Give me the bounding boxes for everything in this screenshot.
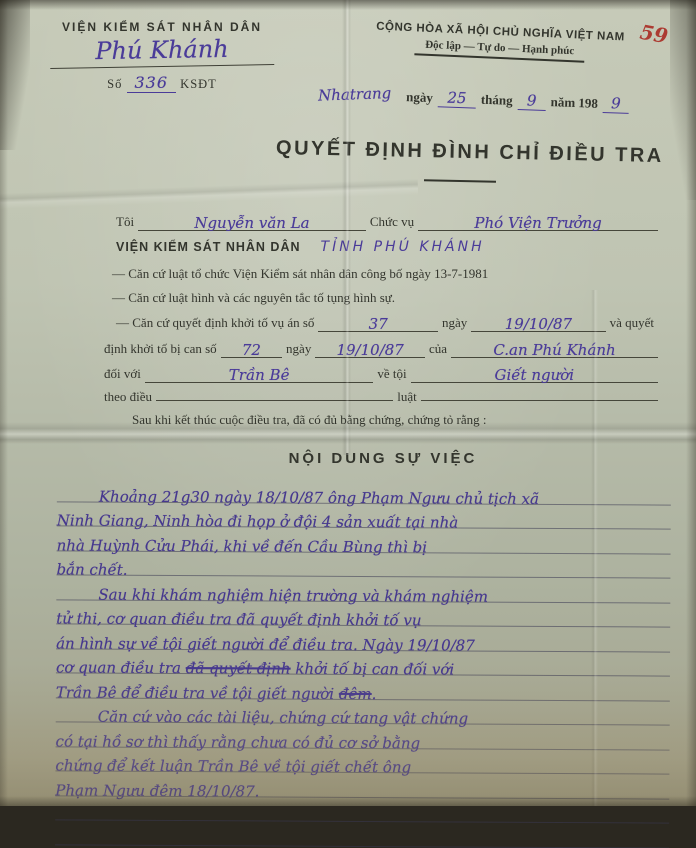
vuan-so-field: 37 (318, 313, 438, 332)
vetoi-value: Giết người (495, 366, 575, 384)
handwritten-line: tử thi, cơ quan điều tra đã quyết định k… (56, 600, 670, 628)
toi-field: Nguyễn văn La (138, 212, 366, 231)
doivoi-field: Trần Bê (145, 364, 374, 383)
photo-edge-top-left (0, 0, 30, 150)
red-page-number: 59 (638, 20, 670, 48)
handwritten-line: chứng để kết luận Trần Bê về tội giết ch… (55, 747, 669, 775)
ngay2-field: 19/10/87 (315, 339, 425, 358)
row-theodieu: theo điều luật (100, 389, 658, 405)
theodieu-field (156, 400, 393, 401)
ngay-label: ngày (401, 89, 438, 106)
ngay1-field: 19/10/87 (471, 313, 605, 332)
luat-field (421, 400, 658, 401)
photo-edge-right (686, 0, 696, 806)
handwritten-line: Trần Bê để điều tra về tội giết người đê… (56, 673, 670, 701)
title-underline (424, 179, 496, 183)
line4-prefix: định khởi tố bị can số (100, 341, 221, 357)
day-value: 25 (447, 89, 467, 108)
header-left: VIỆN KIỂM SÁT NHÂN DÂN Phú Khánh Số 336 … (50, 20, 274, 92)
handwritten-line: Ninh Giang, Ninh hòa đi họp ở đội 4 sản … (57, 502, 671, 530)
toi-value: Nguyễn văn La (194, 214, 309, 232)
thang-label: tháng (476, 92, 518, 109)
photo-edge-top (0, 0, 696, 10)
row-cancu2: — Căn cứ luật hình và các nguyên tắc tố … (112, 290, 658, 306)
nam-label: năm 198 (545, 94, 603, 112)
chucvu-field: Phó Viện Trưởng (418, 212, 658, 231)
bican-so-field: 72 (221, 339, 282, 358)
handwritten-line: nhà Huỳnh Cửu Phái, khi về đến Cầu Bùng … (57, 526, 671, 554)
cua-field: C.an Phú Khánh (451, 339, 658, 358)
so-label: Số (107, 77, 122, 91)
cancu1-text: — Căn cứ luật tổ chức Viện Kiểm sát nhân… (112, 266, 488, 282)
row-org: VIỆN KIỂM SÁT NHÂN DÂN TỈNH PHÚ KHÁNH (112, 239, 658, 255)
cancu3-suffix: và quyết (606, 315, 658, 331)
document-paper: VIỆN KIỂM SÁT NHÂN DÂN Phú Khánh Số 336 … (0, 0, 696, 806)
bican-so-value: 72 (242, 341, 261, 359)
doivoi-value: Trần Bê (229, 366, 290, 384)
handwritten-line: Khoảng 21g30 ngày 18/10/87 ông Phạm Ngưu… (57, 477, 671, 505)
handwritten-line: Căn cứ vào các tài liệu, chứng cứ tang v… (56, 698, 670, 726)
photo-edge-left (0, 0, 8, 806)
theodieu-label: theo điều (100, 389, 156, 405)
ngay1-value: 19/10/87 (505, 315, 572, 333)
agency-province-handwritten: Phú Khánh (50, 34, 275, 69)
doivoi-label: đối với (100, 366, 145, 382)
toi-label: Tôi (112, 214, 138, 230)
case-number-row: Số 336 KSĐT (50, 73, 274, 92)
row-toi: Tôi Nguyễn văn La Chức vụ Phó Viện Trưởn… (112, 212, 658, 231)
handwritten-line: án hình sự về tội giết người để điều tra… (56, 624, 670, 652)
handwritten-line: Phạm Ngưu đêm 18/10/87. (55, 771, 669, 799)
year-value: 9 (611, 94, 621, 112)
ngay2-value: 19/10/87 (336, 341, 403, 359)
row-bican: định khởi tố bị can số 72 ngày 19/10/87 … (100, 339, 658, 358)
month-value: 9 (527, 91, 537, 109)
cancu2-text: — Căn cứ luật hình và các nguyên tắc tố … (112, 290, 395, 306)
header-right: CỘNG HÒA XÃ HỘI CHỦ NGHĨA VIỆT NAM Độc l… (351, 20, 648, 66)
vetoi-field: Giết người (411, 364, 658, 383)
handwritten-lines: Khoảng 21g30 ngày 18/10/87 ông Phạm Ngưu… (55, 477, 671, 806)
cua-value: C.an Phú Khánh (493, 341, 615, 359)
section-heading: NỘI DUNG SỰ VIỆC (0, 450, 696, 467)
chucvu-value: Phó Viện Trưởng (474, 214, 601, 232)
photo-edge-top-right (670, 0, 696, 200)
agency-name: VIỆN KIỂM SÁT NHÂN DÂN (50, 20, 274, 34)
day-field: 25 (438, 88, 477, 108)
year-field: 9 (603, 94, 630, 114)
closing-text: Sau khi kết thúc cuộc điều tra, đã có đủ… (132, 412, 487, 428)
chucvu-label: Chức vụ (366, 214, 418, 230)
diagonal-crease (0, 179, 418, 210)
handwritten-line: bắn chết. (56, 551, 670, 579)
cua-label: của (425, 341, 451, 357)
dateline: Nhatrang ngày 25 tháng 9 năm 198 9 (318, 84, 658, 115)
row-doivoi: đối với Trần Bê về tội Giết người (100, 364, 658, 383)
ksdt-label: KSĐT (180, 77, 217, 91)
cancu3-prefix: — Căn cứ quyết định khởi tố vụ án số (112, 315, 318, 331)
month-field: 9 (517, 91, 546, 111)
vuan-so-value: 37 (369, 315, 388, 333)
vetoi-label: về tội (373, 366, 410, 382)
case-number-value: 336 (127, 73, 177, 93)
row-closing: Sau khi kết thúc cuộc điều tra, đã có đủ… (132, 412, 658, 428)
ngay2-label: ngày (282, 341, 315, 357)
luat-label: luật (393, 389, 421, 405)
org-value-handwritten: TỈNH PHÚ KHÁNH (321, 239, 485, 255)
handwritten-line: cơ quan điều tra đã quyết định khởi tố b… (56, 649, 670, 677)
national-motto: Độc lập — Tự do — Hạnh phúc (415, 36, 585, 62)
row-cancu1: — Căn cứ luật tổ chức Viện Kiểm sát nhân… (112, 266, 658, 282)
ngay1-label: ngày (438, 315, 471, 331)
row-cancu3: — Căn cứ quyết định khởi tố vụ án số 37 … (112, 313, 658, 332)
handwritten-line: Sau khi khám nghiệm hiện trường và khám … (56, 575, 670, 603)
handwritten-line: có tại hồ sơ thì thấy rằng chưa có đủ cơ… (56, 722, 670, 750)
place-handwritten: Nhatrang (318, 84, 392, 105)
decision-title: QUYẾT ĐỊNH ĐÌNH CHỈ ĐIỀU TRA (276, 137, 664, 168)
org-label: VIỆN KIỂM SÁT NHÂN DÂN (112, 240, 305, 254)
